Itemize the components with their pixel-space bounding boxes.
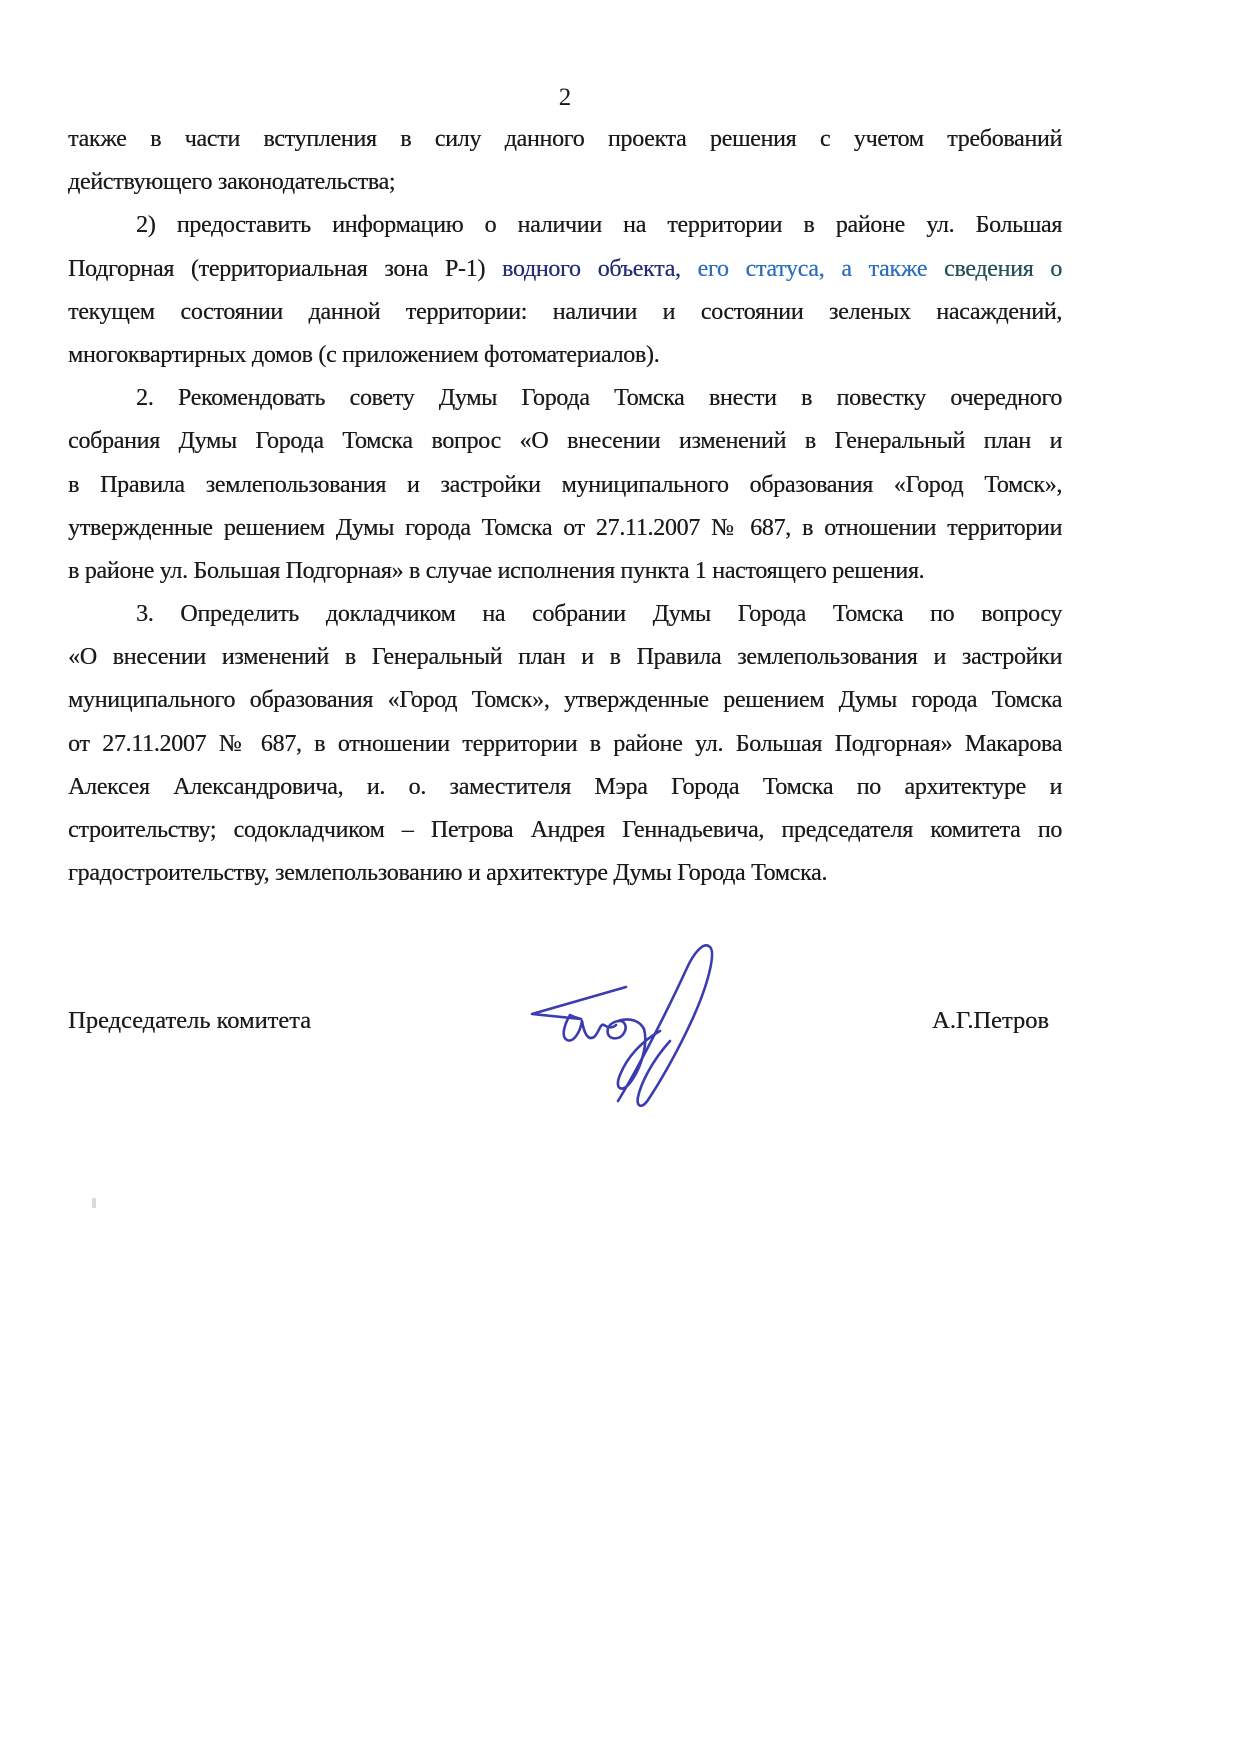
body-text-navy: водного объекта,	[502, 256, 681, 282]
text-line: собрания Думы Города Томска вопрос «О вн…	[68, 420, 1062, 463]
text-line: «О внесении изменений в Генеральный план…	[68, 636, 1062, 679]
text-line: 2. Рекомендовать совету Думы Города Томс…	[68, 377, 1062, 420]
text-line: 2) предоставить информацию о наличии на …	[68, 204, 1062, 247]
text-line: текущем состоянии данной территории: нал…	[68, 291, 1062, 334]
body-text: Подгорная (территориальная зона Р-1)	[68, 256, 502, 282]
text-line: утвержденные решением Думы города Томска…	[68, 507, 1062, 550]
paragraph: 2. Рекомендовать совету Думы Города Томс…	[68, 377, 1062, 593]
text-line: строительству; содокладчиком – Петрова А…	[68, 809, 1062, 852]
text-line: муниципального образования «Город Томск»…	[68, 679, 1062, 722]
paragraph: 3. Определить докладчиком на собрании Ду…	[68, 593, 1062, 895]
scan-artifact	[92, 1198, 96, 1208]
text-line: градостроительству, землепользованию и а…	[68, 852, 1062, 895]
page-number: 2	[68, 84, 1062, 112]
text-line: Подгорная (территориальная зона Р-1) вод…	[68, 248, 1062, 291]
document-page: 2 также в части вступления в силу данног…	[0, 0, 1240, 1753]
text-line: Алексея Александровича, и. о. заместител…	[68, 766, 1062, 809]
document-body: также в части вступления в силу данного …	[68, 118, 1062, 895]
signature-role-label: Председатель комитета	[68, 1006, 311, 1036]
paragraph: 2) предоставить информацию о наличии на …	[68, 204, 1062, 377]
text-line: многоквартирных домов (с приложением фот…	[68, 334, 1062, 377]
text-line: действующего законодательства;	[68, 161, 1062, 204]
text-line: в районе ул. Большая Подгорная» в случае…	[68, 550, 1062, 593]
text-line: 3. Определить докладчиком на собрании Ду…	[68, 593, 1062, 636]
paragraph: также в части вступления в силу данного …	[68, 118, 1062, 204]
body-text-blue: его статуса, а также	[681, 256, 927, 282]
text-line: также в части вступления в силу данного …	[68, 118, 1062, 161]
text-line: от 27.11.2007 № 687, в отношении террито…	[68, 723, 1062, 766]
signatory-name: А.Г.Петров	[932, 1006, 1049, 1036]
text-line: в Правила землепользования и застройки м…	[68, 464, 1062, 507]
body-text-teal: сведения о	[927, 256, 1062, 282]
handwritten-signature	[500, 925, 740, 1120]
